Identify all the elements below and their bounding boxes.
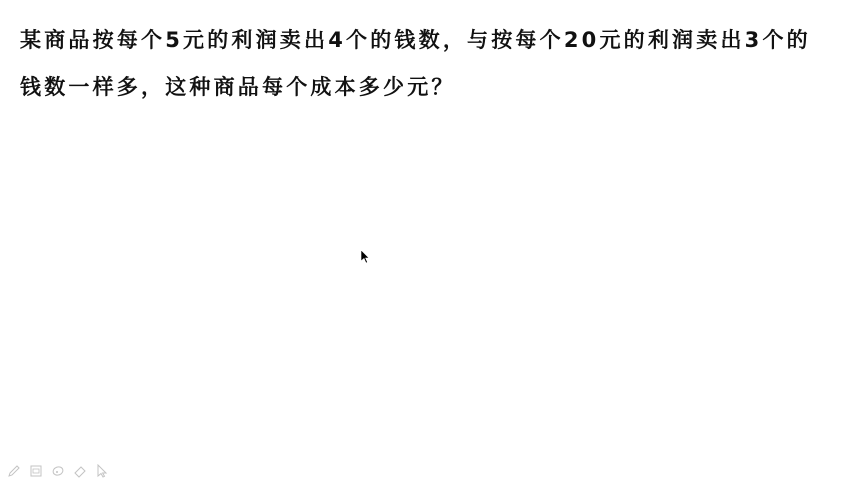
eraser-tool-button[interactable] [72, 463, 88, 479]
laser-pointer-tool-button[interactable] [50, 463, 66, 479]
laser-pointer-icon [51, 464, 65, 478]
presentation-toolbar [6, 463, 110, 479]
pointer-tool-button[interactable] [94, 463, 110, 479]
question-line-1: 某商品按每个5元的利润卖出4个的钱数，与按每个20元的利润卖出3个的 [20, 24, 811, 54]
pen-icon [7, 464, 21, 478]
pointer-icon [95, 464, 109, 478]
question-line-2: 钱数一样多，这种商品每个成本多少元？ [20, 71, 456, 101]
whiteboard-icon [29, 464, 43, 478]
pen-tool-button[interactable] [6, 463, 22, 479]
whiteboard-tool-button[interactable] [28, 463, 44, 479]
eraser-icon [73, 464, 87, 478]
mouse-cursor-icon [361, 250, 371, 264]
